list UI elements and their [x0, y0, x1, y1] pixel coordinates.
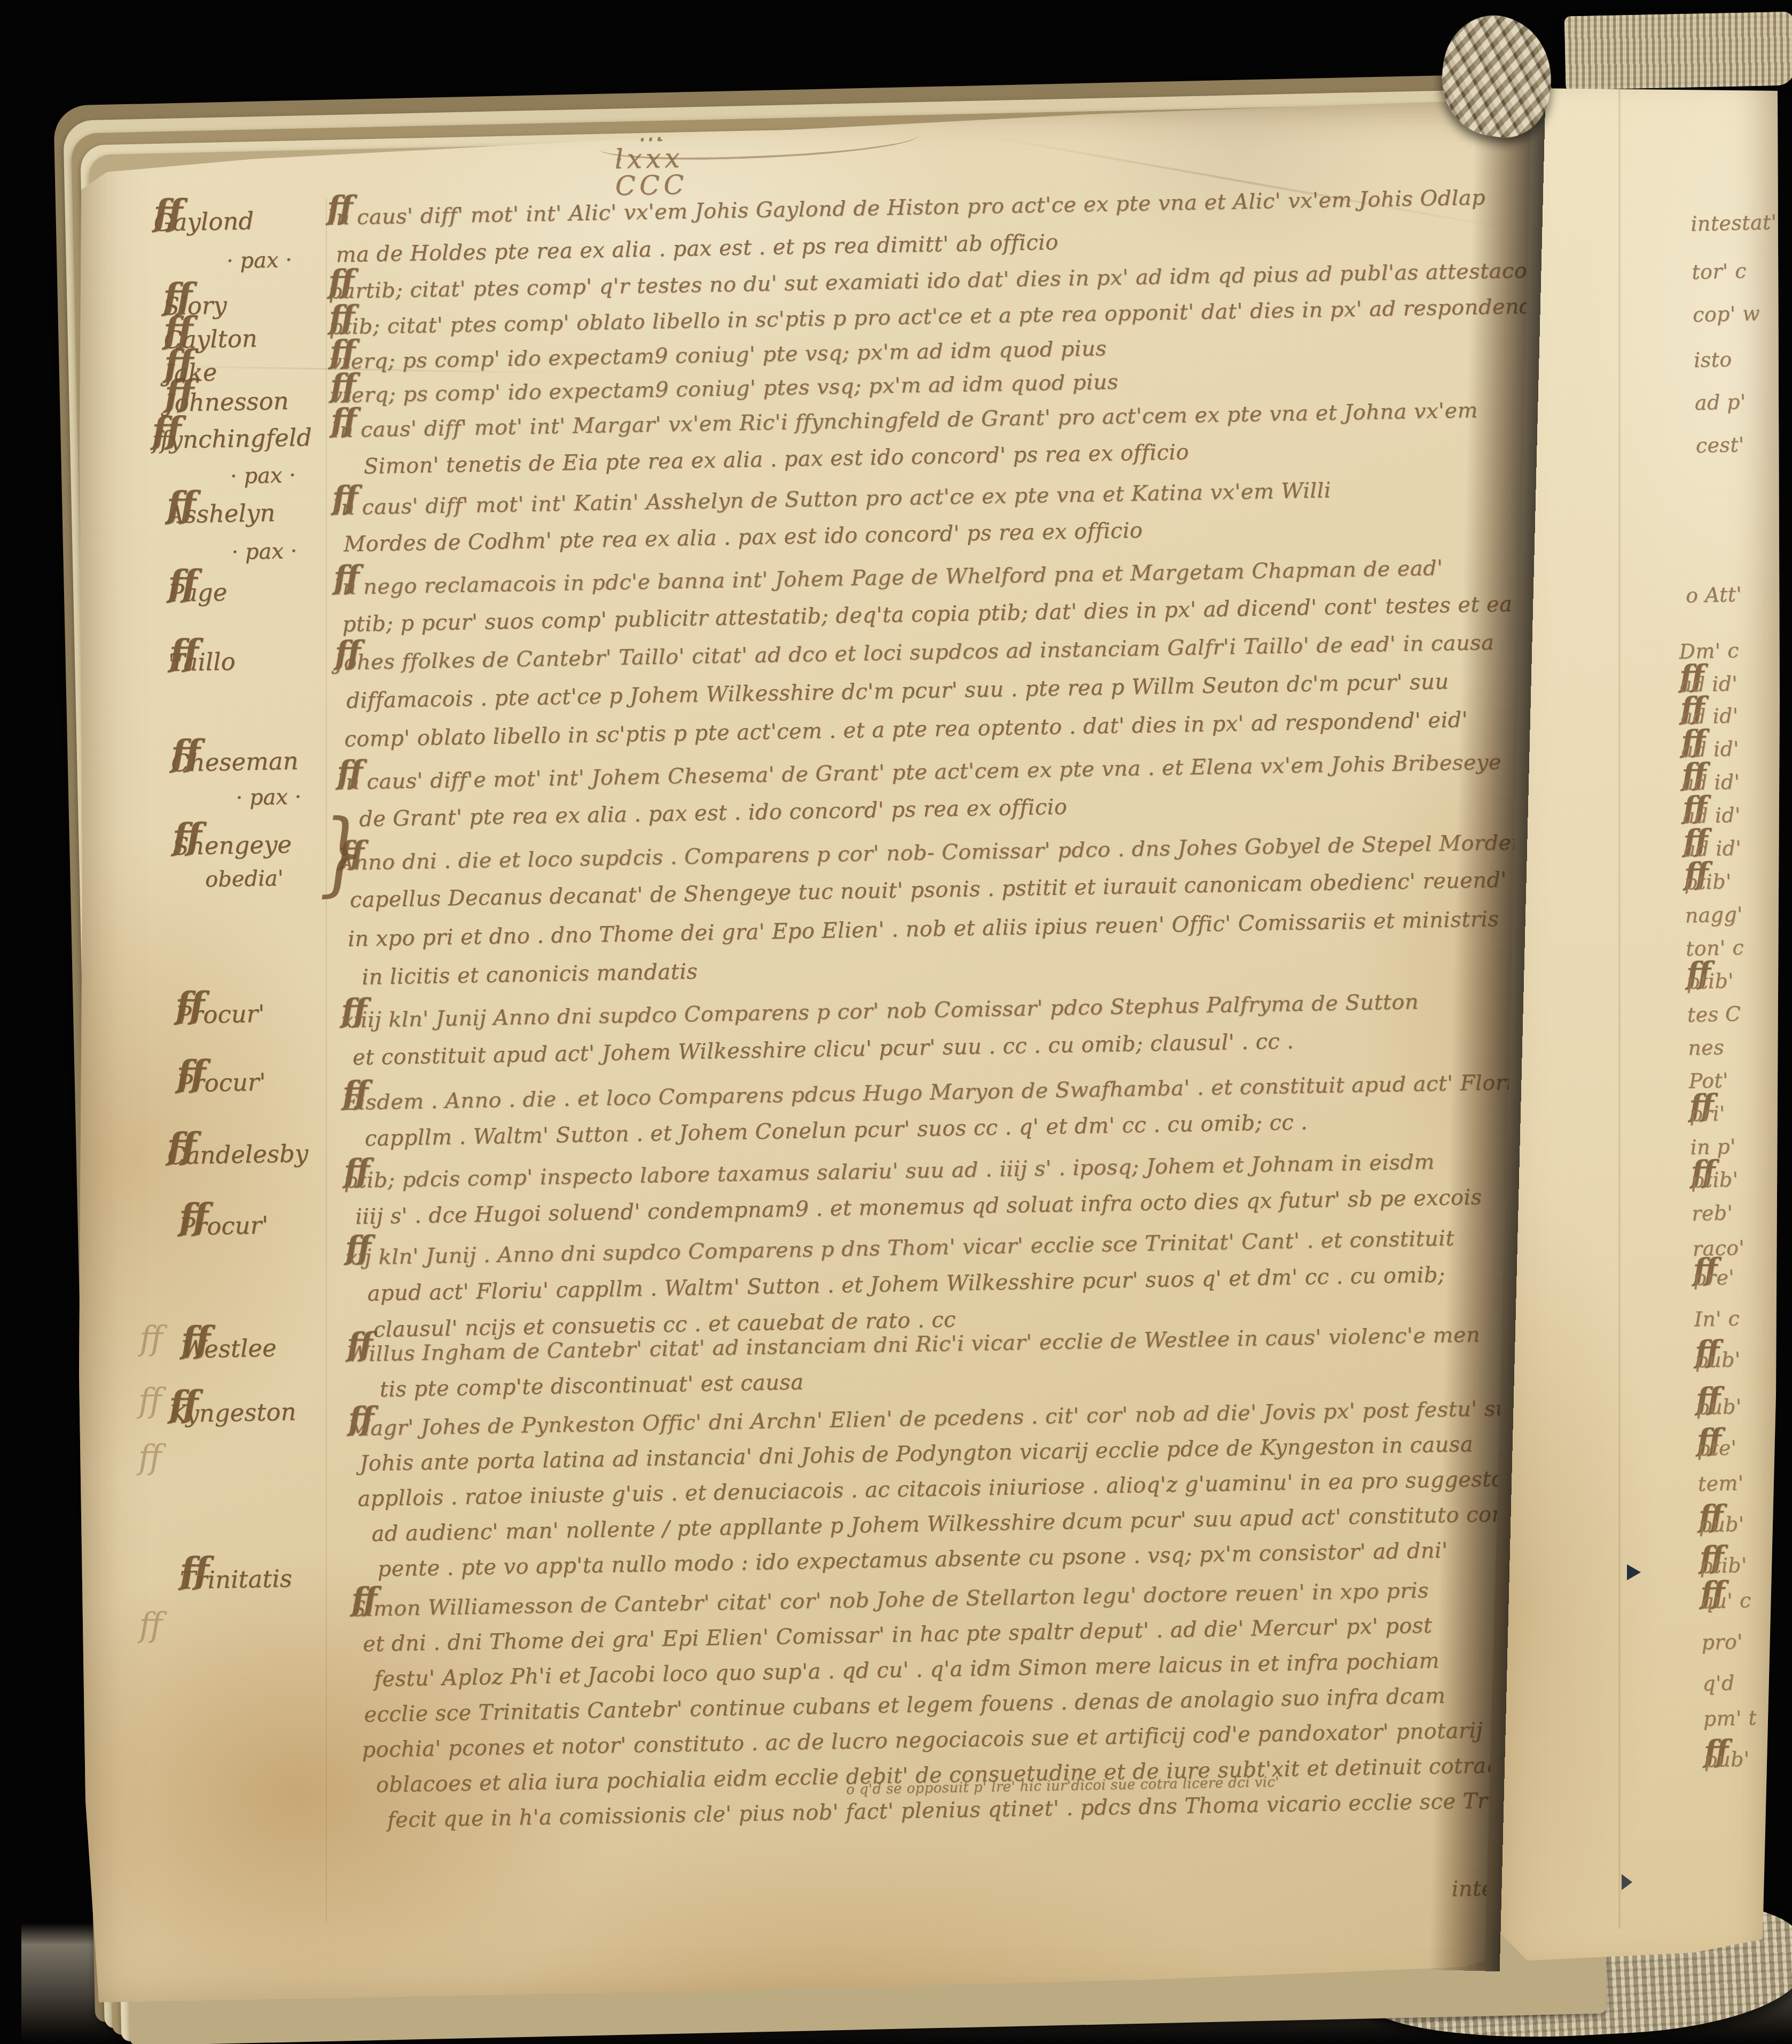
manuscript-page: · m · CCCmo · lxxxmo · } ffIn caus' diff…: [75, 91, 1565, 2027]
bookmark-tab: [1627, 1564, 1641, 1580]
ink-layer: · m · CCCmo · lxxxmo · } ffIn caus' diff…: [58, 69, 1582, 2032]
bookmark-tab: [1622, 1874, 1632, 1890]
manuscript-photo: intestat'tor' ccop' wistoad p'cest'o Att…: [0, 0, 1792, 2044]
binding-cloth: [1564, 12, 1792, 90]
